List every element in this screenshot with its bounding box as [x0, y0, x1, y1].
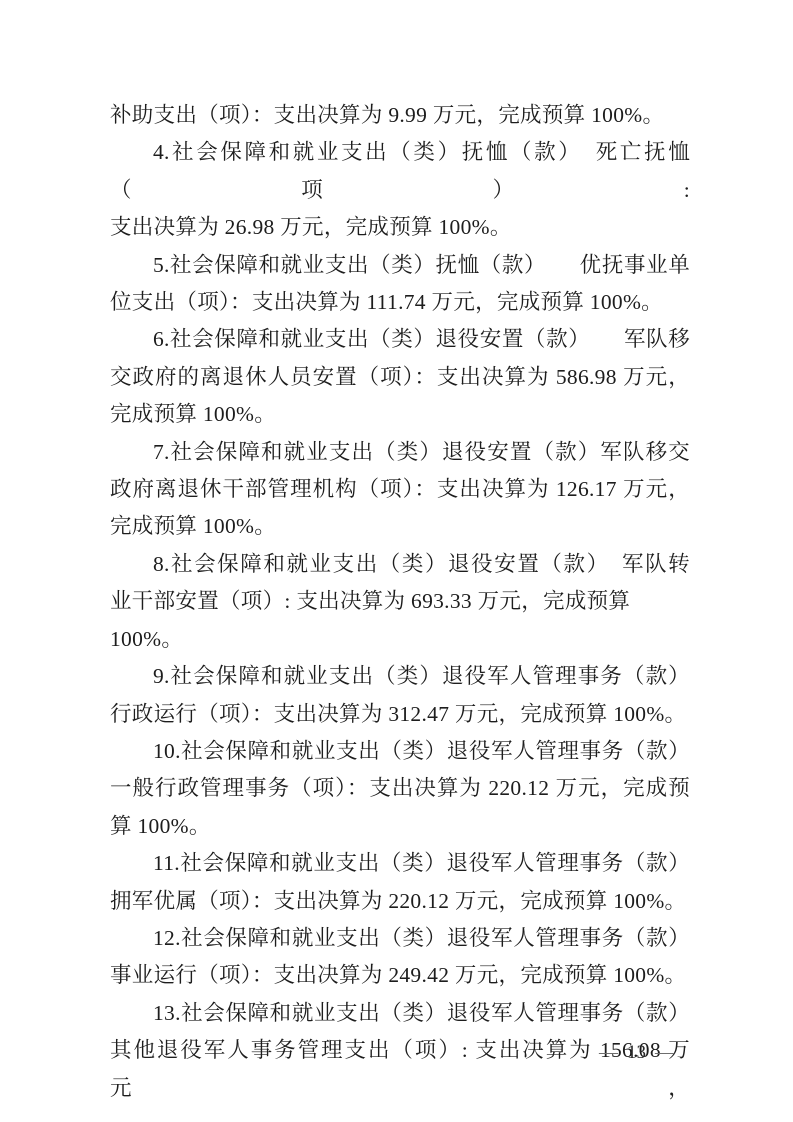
text-line: 补助支出（项）：支出决算为 9.99 万元，完成预算 100%。: [110, 97, 690, 134]
text-line: 交政府的离退休人员安置（项）：支出决算为 586.98 万元，: [110, 359, 690, 396]
page-number: — 13 —: [599, 1041, 674, 1065]
text-line: 政府离退休干部管理机构（项）：支出决算为 126.17 万元，: [110, 471, 690, 508]
text-line: 行政运行（项）：支出决算为 312.47 万元，完成预算 100%。: [110, 696, 690, 733]
text-line: 12.社会保障和就业支出（类）退役军人管理事务（款）: [110, 920, 690, 957]
text-line: 5.社会保障和就业支出（类）抚恤（款） 优抚事业单: [110, 247, 690, 284]
text-line: 11.社会保障和就业支出（类）退役军人管理事务（款）: [110, 845, 690, 882]
text-line: 6.社会保障和就业支出（类）退役安置（款） 军队移: [110, 321, 690, 358]
text-line: 完成预算 100%。: [110, 396, 690, 433]
text-line: 一般行政管理事务（项）：支出决算为 220.12 万元，完成预: [110, 770, 690, 807]
text-line: 业干部安置（项）: 支出决算为 693.33 万元，完成预算 100%。: [110, 583, 690, 658]
text-line: 9.社会保障和就业支出（类）退役军人管理事务（款）: [110, 658, 690, 695]
text-line: 完成预算 100%。: [110, 508, 690, 545]
document-body: 补助支出（项）：支出决算为 9.99 万元，完成预算 100%。4.社会保障和就…: [110, 97, 690, 1107]
page-number-dash-right: —: [655, 1041, 674, 1065]
text-line: 4.社会保障和就业支出（类）抚恤（款） 死亡抚恤（项）:: [110, 134, 690, 209]
page-number-dash-left: —: [599, 1041, 618, 1065]
text-line: 7.社会保障和就业支出（类）退役安置（款）军队移交: [110, 434, 690, 471]
text-line: 8.社会保障和就业支出（类）退役安置（款） 军队转: [110, 546, 690, 583]
document-page: 补助支出（项）：支出决算为 9.99 万元，完成预算 100%。4.社会保障和就…: [0, 0, 793, 1122]
text-line: 支出决算为 26.98 万元，完成预算 100%。: [110, 209, 690, 246]
text-line: 算 100%。: [110, 808, 690, 845]
text-line: 事业运行（项）：支出决算为 249.42 万元，完成预算 100%。: [110, 957, 690, 994]
page-number-value: 13: [627, 1041, 646, 1065]
text-line: 位支出（项）：支出决算为 111.74 万元，完成预算 100%。: [110, 284, 690, 321]
text-line: 10.社会保障和就业支出（类）退役军人管理事务（款）: [110, 733, 690, 770]
text-line: 拥军优属（项）：支出决算为 220.12 万元，完成预算 100%。: [110, 883, 690, 920]
text-line: 13.社会保障和就业支出（类）退役军人管理事务（款）: [110, 995, 690, 1032]
